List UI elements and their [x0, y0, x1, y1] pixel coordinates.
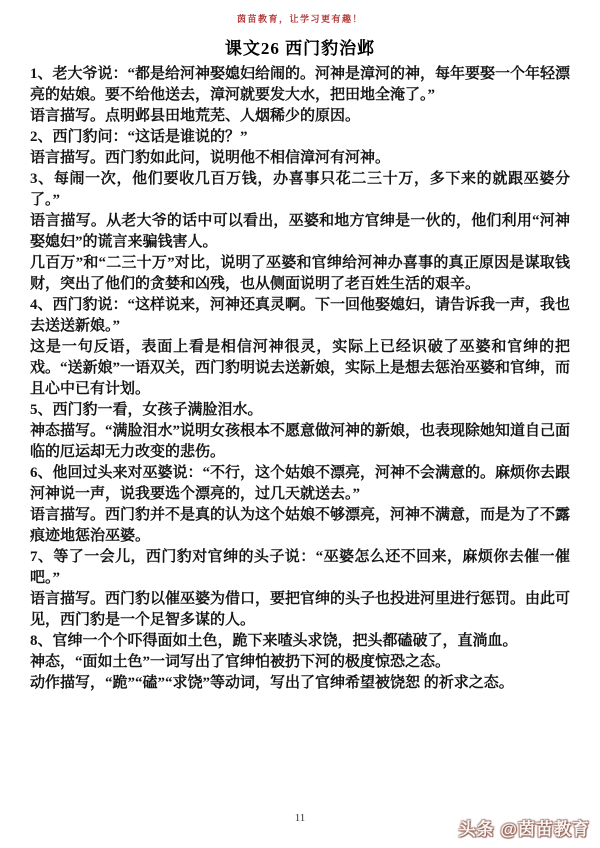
paragraph: 语言描写。西门豹以催巫婆为借口，要把官绅的头子也投进河里进行惩罚。由此可见，西门… [30, 589, 570, 631]
paragraph: 动作描写，“跪”“磕”“求饶”等动词，写出了官绅希望被饶恕 的祈求之态。 [30, 673, 570, 694]
paragraph: 2、西门豹问：“这话是谁说的？” [30, 127, 570, 148]
paragraph: 这是一句反语，表面上看是相信河神很灵，实际上已经识破了巫婆和官绅的把戏。“送新娘… [30, 337, 570, 400]
paragraph: 语言描写。点明邺县田地荒芜、人烟稀少的原因。 [30, 106, 570, 127]
paragraph: 神态，“面如土色”一词写出了官绅怕被扔下河的极度惊恐之态。 [30, 652, 570, 673]
toutiao-watermark: 头条 @茵苗教育 [459, 815, 590, 840]
document-page: 茵苗教育，让学习更有趣！ 课文26 西门豹治邺 1、老大爷说：“都是给河神娶媳妇… [0, 0, 600, 848]
paragraph: 几百万”和“二三十万”对比，说明了巫婆和官绅给河神办喜事的真正原因是谋取钱财，突… [30, 253, 570, 295]
paragraph-list: 1、老大爷说：“都是给河神娶媳妇给闹的。河神是漳河的神，每年要娶一个年轻漂亮的姑… [0, 59, 600, 694]
paragraph: 7、等了一会儿，西门豹对官绅的头子说：“巫婆怎么还不回来，麻烦你去催一催吧。” [30, 547, 570, 589]
paragraph: 4、西门豹说：“这样说来，河神还真灵啊。下一回他娶媳妇，请告诉我一声，我也去送送… [30, 295, 570, 337]
page-title: 课文26 西门豹治邺 [0, 34, 600, 59]
paragraph: 语言描写。西门豹如此问，说明他不相信漳河有河神。 [30, 148, 570, 169]
paragraph: 1、老大爷说：“都是给河神娶媳妇给闹的。河神是漳河的神，每年要娶一个年轻漂亮的姑… [30, 64, 570, 106]
paragraph: 5、西门豹一看，女孩子满脸泪水。 [30, 400, 570, 421]
paragraph: 6、他回过头来对巫婆说：“不行，这个姑娘不漂亮，河神不会满意的。麻烦你去跟河神说… [30, 463, 570, 505]
paragraph: 3、每闹一次，他们要收几百万钱，办喜事只花二三十万，多下来的就跟巫婆分了。” [30, 169, 570, 211]
paragraph: 神态描写。“满脸泪水”说明女孩根本不愿意做河神的新娘，也表现除她知道自己面临的厄… [30, 421, 570, 463]
paragraph: 语言描写。从老大爷的话中可以看出，巫婆和地方官绅是一伙的，他们利用“河神娶媳妇”… [30, 211, 570, 253]
paragraph: 8、官绅一个个吓得面如土色，跪下来喳头求饶，把头都磕破了，直淌血。 [30, 631, 570, 652]
header-slogan: 茵苗教育，让学习更有趣！ [0, 0, 600, 25]
paragraph: 语言描写。西门豹并不是真的认为这个姑娘不够漂亮，河神不满意，而是为了不露痕迹地惩… [30, 505, 570, 547]
